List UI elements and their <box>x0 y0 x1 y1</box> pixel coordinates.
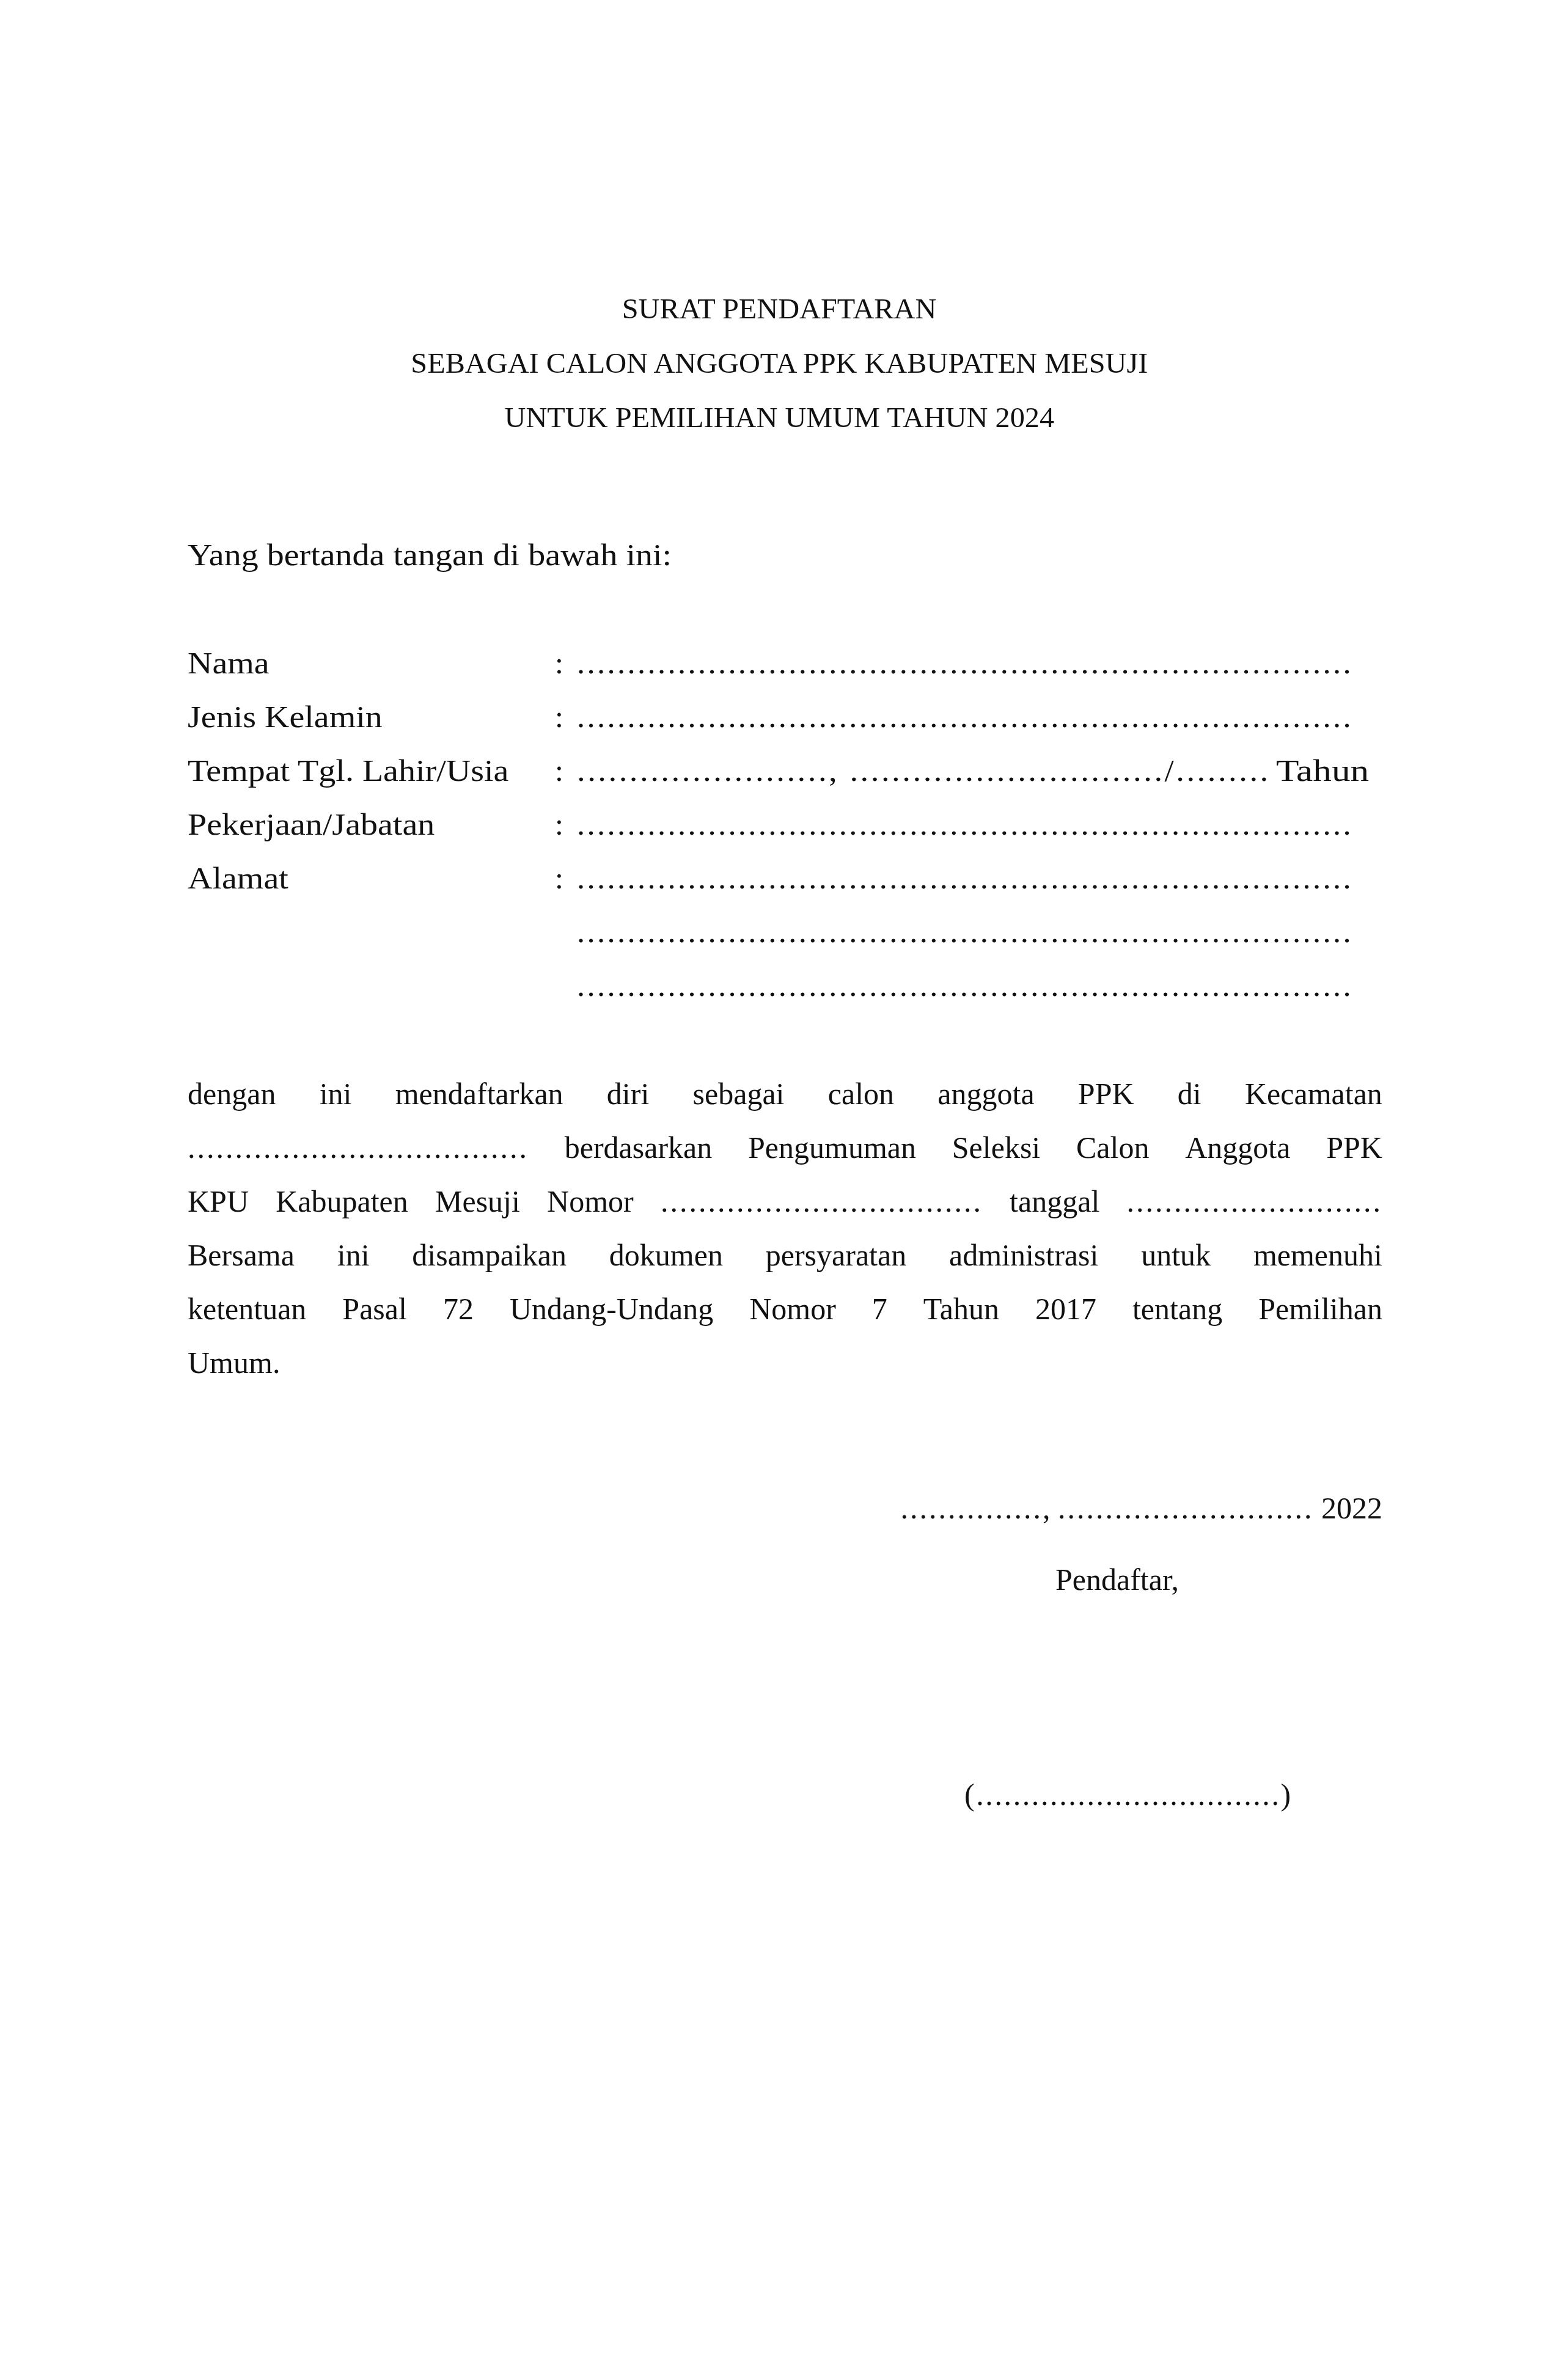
paragraph-word: Umum. <box>188 1336 280 1390</box>
paragraph-word: tanggal <box>1010 1174 1099 1228</box>
place-placeholder[interactable]: ............... <box>901 1491 1043 1525</box>
paragraph-word: Kabupaten <box>276 1174 408 1228</box>
address-extra-line[interactable]: ........................................… <box>577 914 1353 950</box>
paragraph-word: administrasi <box>949 1228 1098 1282</box>
intro-text: Yang bertanda tangan di bawah ini: <box>188 536 672 573</box>
dotted-blank[interactable]: ........................................… <box>577 861 1353 895</box>
paragraph-word: Tahun <box>923 1282 999 1336</box>
field-colon: : <box>555 806 563 843</box>
dotted-blank[interactable]: ........................................… <box>577 646 1353 680</box>
paragraph-line: ketentuanPasal72Undang-UndangNomor7Tahun… <box>188 1282 1382 1336</box>
document-title-line-1: SURAT PENDAFTARAN <box>0 291 1559 328</box>
paragraph-word: berdasarkan <box>565 1121 713 1174</box>
paragraph-word: 2017 <box>1035 1282 1096 1336</box>
paragraph-word: PPK <box>1326 1121 1382 1174</box>
paragraph-word: Pasal <box>342 1282 407 1336</box>
paragraph-word: Bersama <box>188 1228 295 1282</box>
paragraph-word: Seleksi <box>952 1121 1040 1174</box>
signature-name-placeholder[interactable]: (.................................) <box>964 1776 1293 1813</box>
paragraph-word: tentang <box>1132 1282 1222 1336</box>
paragraph-word: untuk <box>1141 1228 1211 1282</box>
dotted-blank[interactable]: ........................................… <box>577 807 1353 841</box>
field-value-placeholder[interactable]: ........................................… <box>577 860 1353 896</box>
paragraph-word: ketentuan <box>188 1282 306 1336</box>
paragraph-word: Undang-Undang <box>510 1282 713 1336</box>
field-label: Jenis Kelamin <box>188 698 383 735</box>
field-label: Pekerjaan/Jabatan <box>188 806 435 843</box>
paragraph-word: diri <box>607 1067 649 1121</box>
dotted-blank[interactable]: ........................................… <box>577 700 1353 734</box>
paragraph-word: calon <box>828 1067 894 1121</box>
field-value-placeholder[interactable]: ........................................… <box>577 645 1353 681</box>
document-title-line-3: UNTUK PEMILIHAN UMUM TAHUN 2024 <box>0 400 1559 436</box>
paragraph-word: Pemilihan <box>1258 1282 1382 1336</box>
paragraph-word: Nomor <box>749 1282 836 1336</box>
paragraph-word: dengan <box>188 1067 276 1121</box>
field-label: Nama <box>188 645 270 681</box>
address-extra-line[interactable]: ........................................… <box>577 967 1353 1004</box>
paragraph-word: persyaratan <box>766 1228 906 1282</box>
field-colon: : <box>555 860 563 896</box>
field-label: Tempat Tgl. Lahir/Usia <box>188 752 508 789</box>
paragraph-word: Nomor <box>547 1174 634 1228</box>
paragraph-word: sebagai <box>693 1067 785 1121</box>
paragraph-line: KPUKabupatenMesujiNomor.................… <box>188 1174 1382 1228</box>
field-value-placeholder[interactable]: ........................................… <box>577 806 1353 843</box>
dotted-blank[interactable]: ........................... <box>1126 1174 1382 1228</box>
paragraph-word: memenuhi <box>1253 1228 1382 1282</box>
registration-paragraph: denganinimendaftarkandirisebagaicalonang… <box>188 1067 1382 1390</box>
field-label: Alamat <box>188 860 288 896</box>
paragraph-word: di <box>1178 1067 1201 1121</box>
paragraph-word: Anggota <box>1185 1121 1290 1174</box>
paragraph-word: KPU <box>188 1174 249 1228</box>
paragraph-word: dokumen <box>609 1228 723 1282</box>
paragraph-word: Pengumuman <box>748 1121 916 1174</box>
date-placeholder[interactable]: ........................... <box>1058 1491 1314 1525</box>
field-colon: : <box>555 752 563 789</box>
paragraph-line: denganinimendaftarkandirisebagaicalonang… <box>188 1067 1382 1121</box>
dotted-blank[interactable]: .................................. <box>661 1174 983 1228</box>
paragraph-word: 7 <box>872 1282 887 1336</box>
dotted-blank[interactable]: .................................... <box>188 1121 529 1174</box>
paragraph-word: ini <box>320 1067 352 1121</box>
year-text: 2022 <box>1321 1491 1382 1525</box>
paragraph-word: ini <box>337 1228 370 1282</box>
paragraph-word: anggota <box>937 1067 1034 1121</box>
paragraph-line: ....................................berd… <box>188 1121 1382 1174</box>
signature-label: Pendaftar, <box>1055 1561 1179 1598</box>
document-title-line-2: SEBAGAI CALON ANGGOTA PPK KABUPATEN MESU… <box>0 345 1559 382</box>
age-unit-label: Tahun <box>1276 752 1369 789</box>
paragraph-word: 72 <box>443 1282 474 1336</box>
paragraph-word: disampaikan <box>412 1228 567 1282</box>
paragraph-word: Kecamatan <box>1245 1067 1382 1121</box>
paragraph-word: mendaftarkan <box>395 1067 563 1121</box>
field-value-placeholder[interactable]: ........................................… <box>577 698 1353 735</box>
paragraph-word: Mesuji <box>435 1174 520 1228</box>
field-colon: : <box>555 698 563 735</box>
paragraph-line: Umum. <box>188 1336 1382 1390</box>
paragraph-word: PPK <box>1078 1067 1134 1121</box>
paragraph-word: Calon <box>1076 1121 1149 1174</box>
date-line: ..............., .......................… <box>886 1453 1383 1526</box>
paragraph-line: Bersamainidisampaikandokumenpersyaratana… <box>188 1228 1382 1282</box>
dotted-blank[interactable]: ........................, ..............… <box>577 753 1271 788</box>
field-value-placeholder[interactable]: ........................, ..............… <box>577 752 1359 789</box>
field-colon: : <box>555 645 563 681</box>
